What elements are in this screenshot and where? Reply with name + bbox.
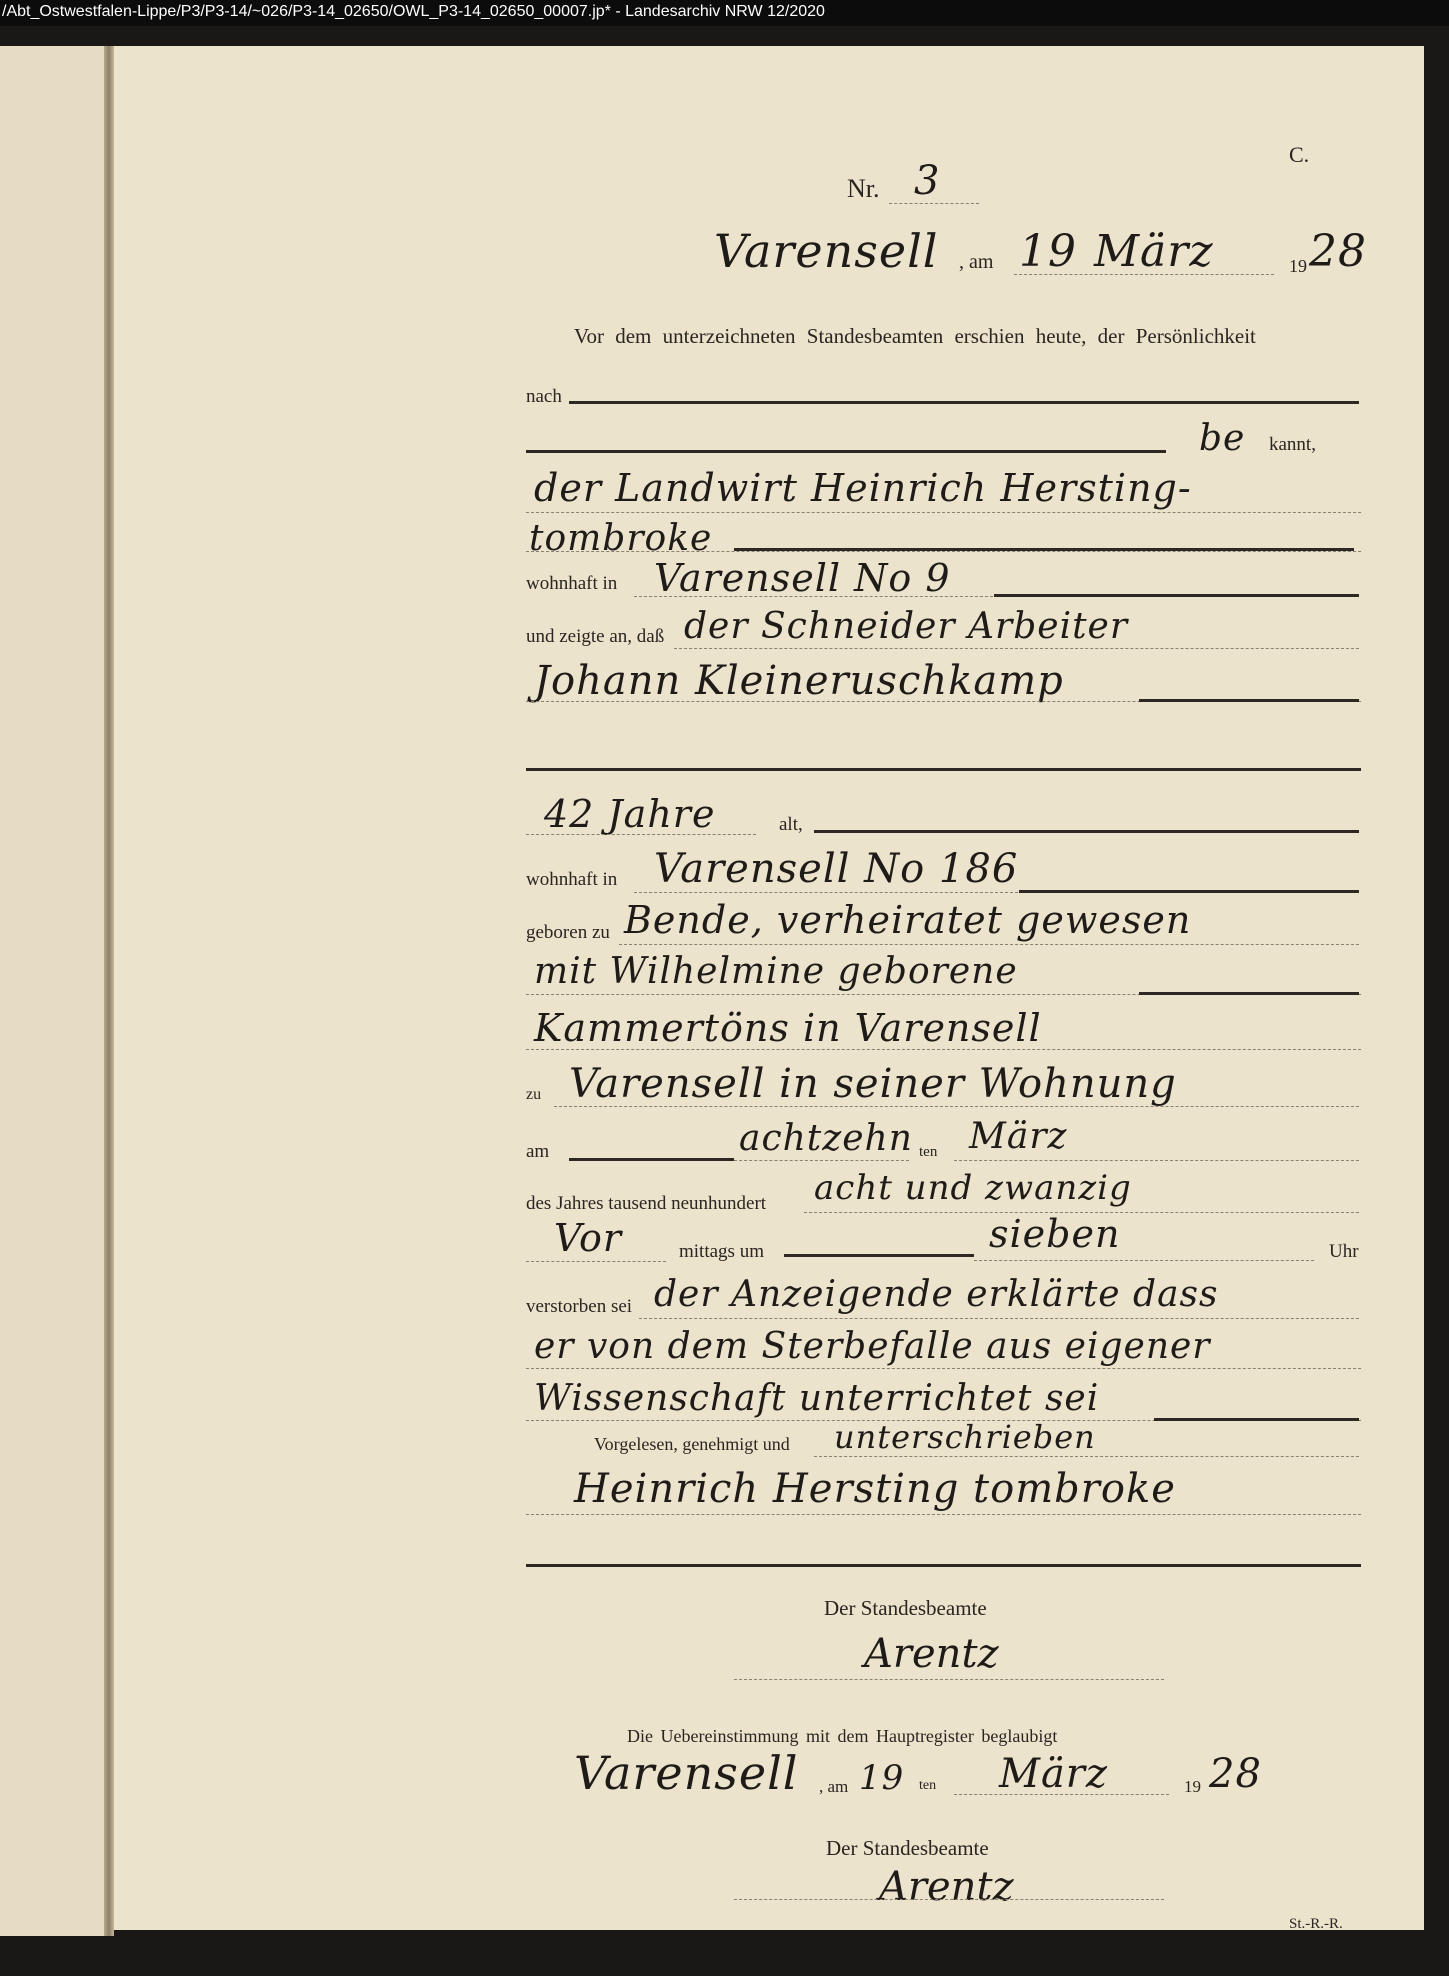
nach-label: nach [526,386,562,408]
nr-label: Nr. [847,174,880,204]
registrar-signature: Arentz [864,1631,999,1677]
dotted-line [734,1160,909,1161]
dotted-line [526,834,756,835]
fill-line [569,1158,734,1161]
separator-line [526,1564,1361,1567]
dotted-line [954,1794,1169,1795]
dotted-line [554,1106,1359,1107]
uhr-label: Uhr [1329,1241,1359,1263]
ten-label: ten [919,1144,937,1161]
informant-line2: tombroke [529,518,712,559]
dotted-line [734,1679,1164,1680]
cert-month: März [999,1751,1108,1797]
deceased-residence-label: wohnhaft in [526,869,617,891]
cert-am-label: , am [819,1777,848,1797]
birth-line2: mit Wilhelmine geborene [534,951,1018,992]
remark-line1: der Anzeigende erklärte dass [654,1274,1218,1315]
birth-line3: Kammertöns in Varensell [534,1006,1042,1050]
informant-signature: Heinrich Hersting tombroke [574,1466,1176,1512]
jahres-label: des Jahres tausend neunhundert [526,1193,766,1215]
death-day: achtzehn [739,1118,913,1159]
book-gutter [104,46,114,1936]
zeigte-label: und zeigte an, daß [526,626,664,648]
geboren-label: geboren zu [526,922,610,944]
date-line [1014,274,1274,275]
dotted-line [526,512,1361,513]
informant-line1: der Landwirt Heinrich Hersting- [534,466,1192,510]
remark-line3: Wissenschaft unterrichtet sei [534,1378,1099,1419]
dotted-line [526,1368,1361,1369]
dotted-line [639,1318,1359,1319]
dotted-line [674,648,1359,649]
place-handwritten: Varensell [714,224,939,278]
wohnhaft-label: wohnhaft in [526,573,617,595]
alt-label: alt, [779,814,803,836]
informant-residence: Varensell No 9 [654,556,951,600]
line-bekannt [526,450,1166,453]
date-day: 19 [1019,226,1077,277]
fill-line [1139,992,1359,995]
dotted-line [954,1160,1359,1161]
cert-day: 19 [859,1758,904,1798]
dotted-line [814,1456,1359,1457]
zu-label: zu [526,1086,541,1104]
dotted-line [526,1261,666,1262]
bekannt-hw: be [1199,418,1245,459]
fill-line [734,548,1354,551]
fill-line [814,830,1359,833]
form-code: St.-R.-R. [1289,1916,1343,1933]
deceased-line2: Johann Kleineruschkamp [534,658,1064,704]
cert-registrar-label: Der Standesbeamte [826,1836,989,1861]
date-month: März [1094,226,1214,277]
fill-line [1139,699,1359,702]
cert-year-suffix: 28 [1209,1751,1262,1797]
fill-line [784,1254,974,1257]
corner-mark: C. [1289,142,1309,168]
age-hw: 42 Jahre [544,792,715,836]
nr-value: 3 [914,158,940,204]
cert-place: Varensell [574,1746,799,1800]
fill-line [994,594,1359,597]
dotted-line [526,1514,1361,1515]
birth-line1: Bende, verheiratet gewesen [624,898,1191,942]
death-year-words: acht und zwanzig [814,1168,1132,1208]
vor-hw: Vor [554,1216,622,1260]
remark-line2: er von dem Sterbefalle aus eigener [534,1326,1211,1367]
dotted-line [619,944,1359,945]
fill-line [1019,890,1359,893]
cert-year-prefix: 19 [1184,1777,1201,1797]
year-prefix: 19 [1289,256,1307,277]
cert-registrar-signature: Arentz [879,1864,1014,1910]
certification-text: Die Uebereinstimmung mit dem Hauptregist… [627,1726,1057,1747]
registrar-label: Der Standesbeamte [824,1596,987,1621]
dotted-line [734,1899,1164,1900]
unterschrieben-hw: unterschrieben [834,1418,1096,1456]
document-page: C. Nr. 3 Varensell , am 19 März 19 28 Vo… [114,46,1424,1930]
bekannt-label: kannt, [1269,434,1316,456]
mittags-label: mittags um [679,1241,764,1263]
am-label: , am [959,251,993,274]
nach-line [569,401,1359,404]
dotted-line [526,1049,1361,1050]
fill-line [1154,1418,1359,1421]
death-hour: sieben [989,1212,1120,1256]
deceased-residence: Varensell No 186 [654,846,1018,892]
fill-line [526,768,1361,771]
dotted-line [526,551,1361,552]
verstorben-label: verstorben sei [526,1296,632,1318]
intro-text: Vor dem unterzeichneten Standesbeamten e… [574,324,1256,349]
am2-label: am [526,1141,549,1163]
dotted-line [974,1260,1314,1261]
vorgelesen-label: Vorgelesen, genehmigt und [594,1434,790,1455]
death-place: Varensell in seiner Wohnung [569,1061,1177,1107]
left-page-edge [0,46,104,1936]
year-suffix: 28 [1309,226,1367,277]
cert-ten-label: ten [919,1778,936,1794]
deceased-line1: der Schneider Arbeiter [684,606,1128,647]
death-month: März [969,1116,1068,1157]
window-title: /Abt_Ostwestfalen-Lippe/P3/P3-14/~026/P3… [0,0,1449,26]
